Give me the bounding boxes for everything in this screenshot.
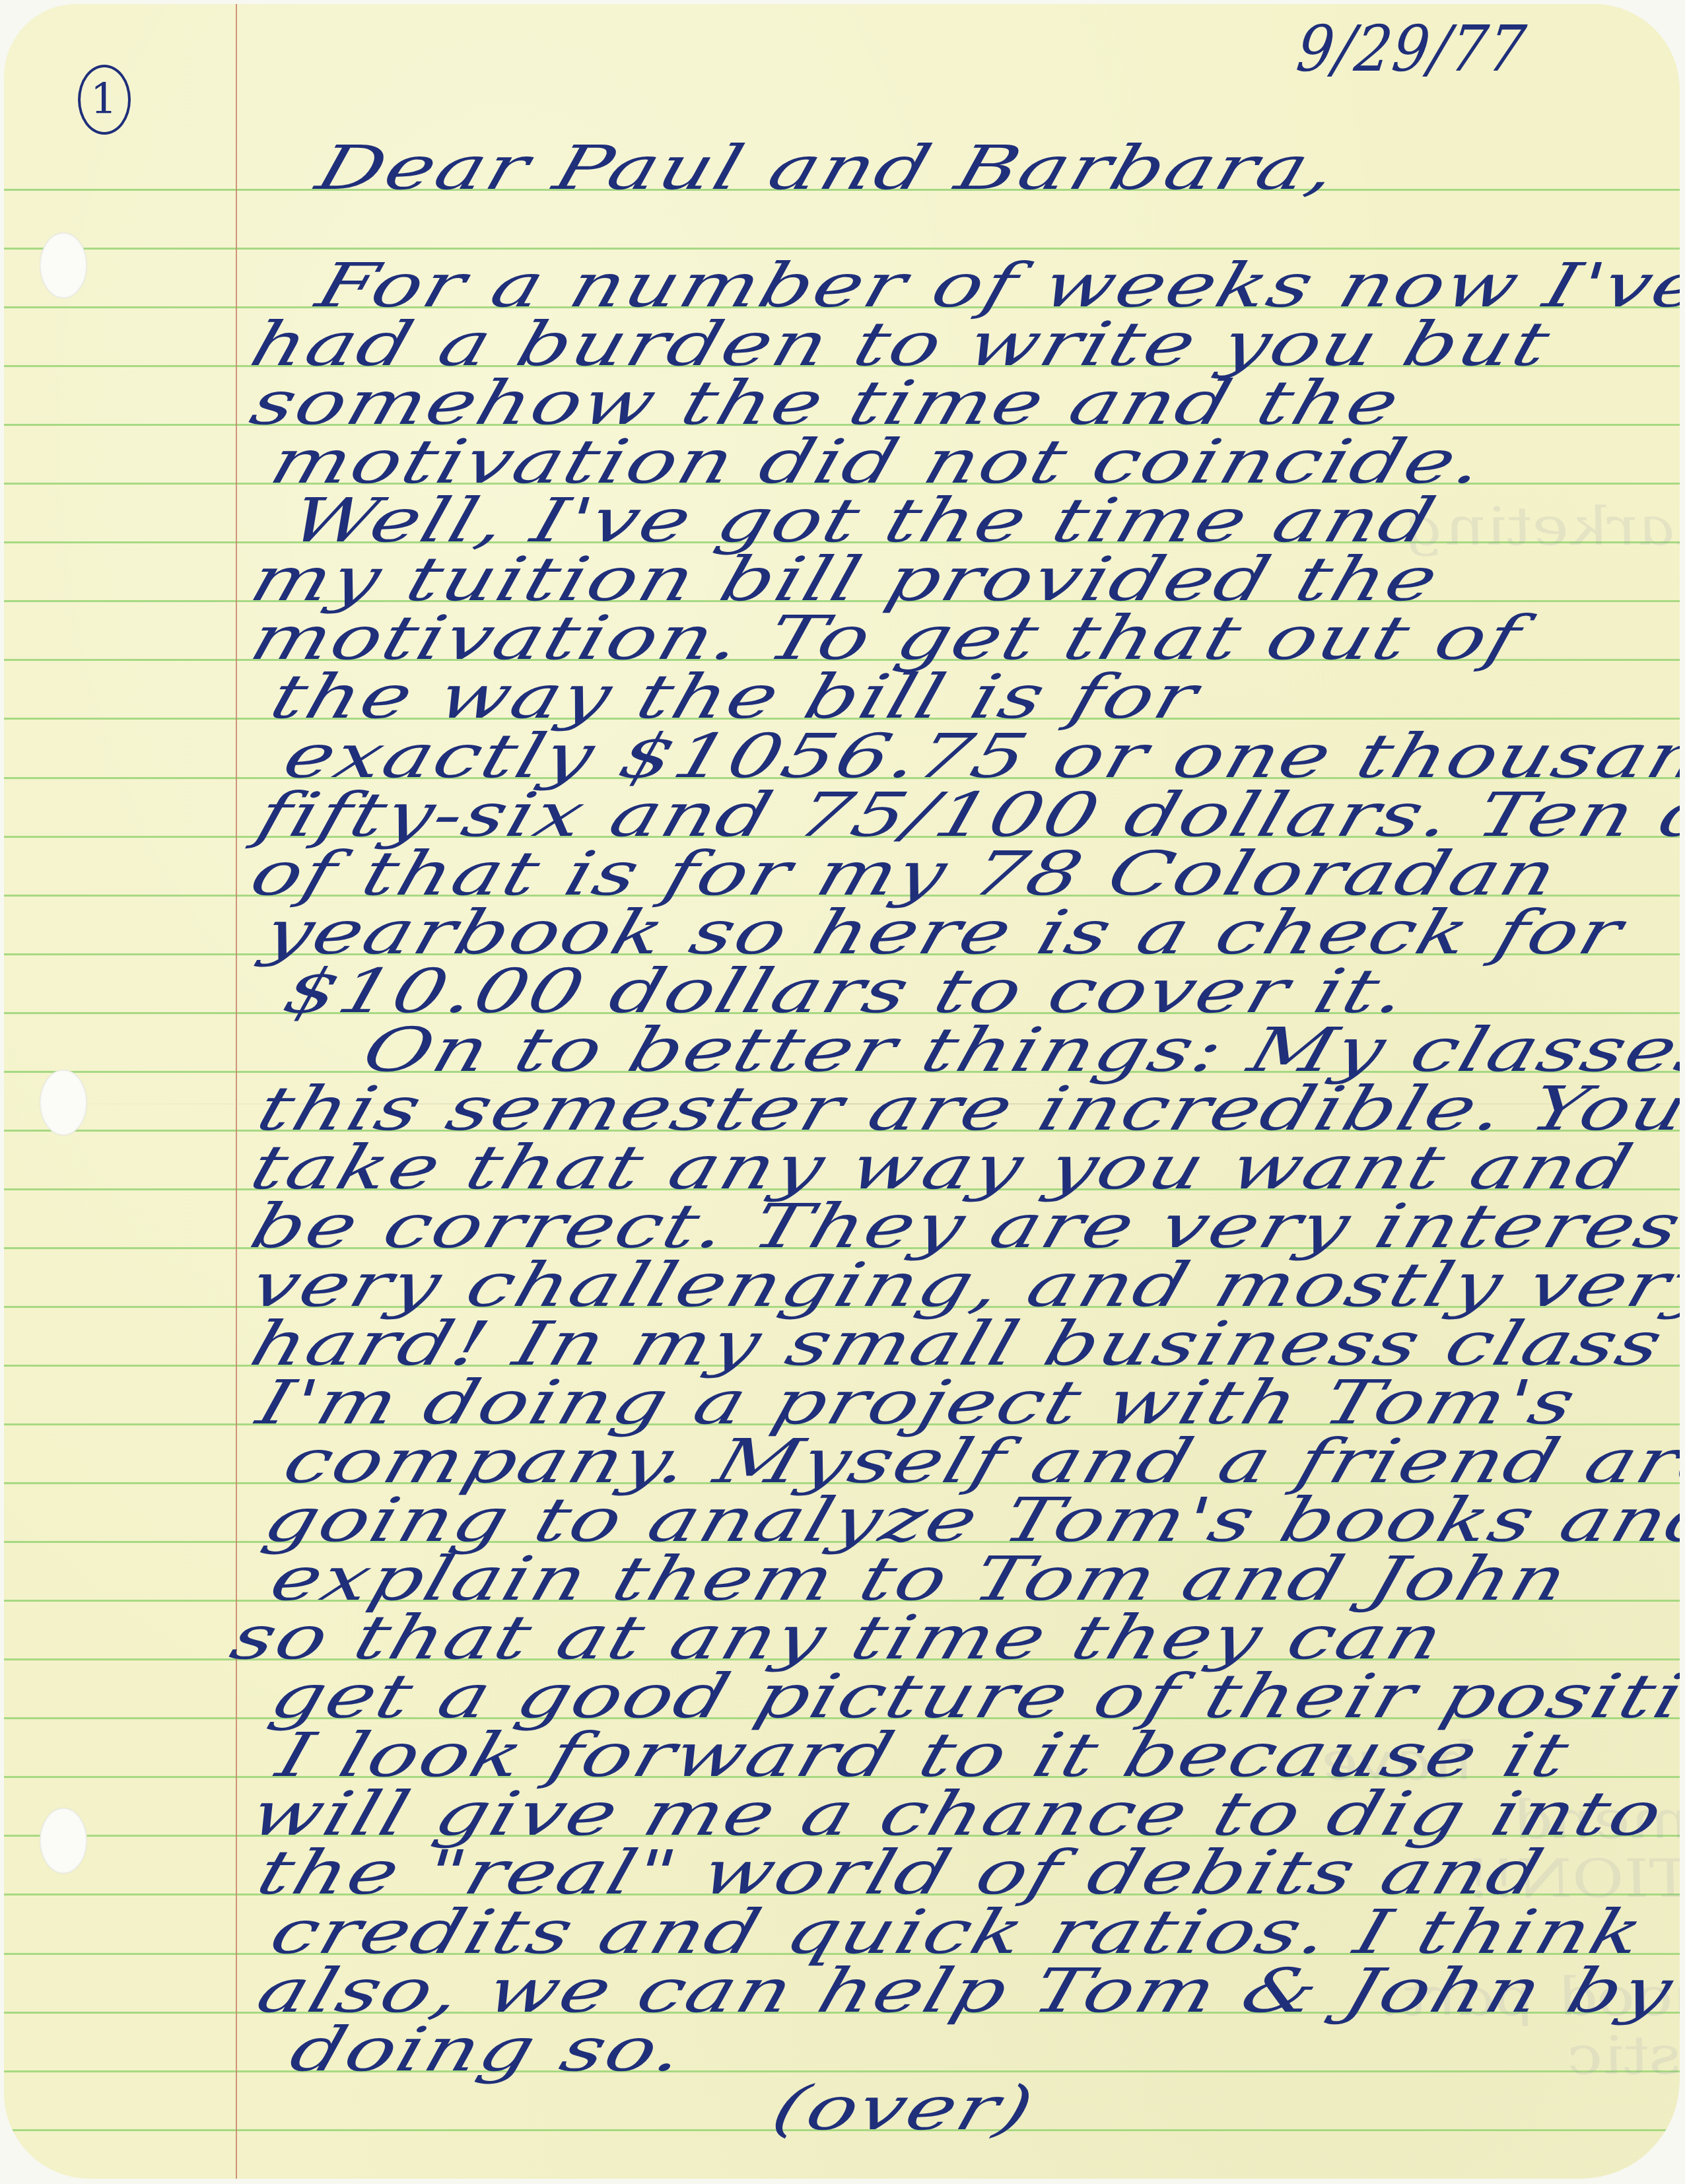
- handwritten-line: (over): [766, 2078, 1041, 2139]
- rule-line: [4, 2070, 1680, 2072]
- bleed-through-text: It was absolutely fantastic: [1562, 2025, 1680, 2086]
- handwritten-line: will give me a chance to dig into: [244, 1784, 1670, 1845]
- handwritten-line: explain them to Tom and John: [264, 1549, 1575, 1610]
- handwritten-line: this semester are incredible. You can: [251, 1079, 1680, 1140]
- handwritten-line: motivation. To get that out of: [244, 608, 1529, 669]
- handwritten-line: company. Myself and a friend are: [277, 1431, 1680, 1492]
- handwritten-line: the "real" world of debits and: [251, 1843, 1551, 1903]
- handwritten-line: so that at any time they can: [224, 1608, 1451, 1668]
- handwritten-line: had a burden to write you but: [244, 314, 1558, 375]
- handwritten-line: also, we can help Tom & John by: [251, 1961, 1680, 2022]
- handwritten-line: the way the bill is for: [264, 667, 1205, 728]
- handwritten-line: going to analyze Tom's books and: [258, 1490, 1680, 1551]
- handwritten-line: yearbook so here is a check for: [258, 903, 1630, 963]
- handwritten-line: be correct. They are very interesting,: [244, 1196, 1680, 1257]
- notebook-page: All of my other classes exceptmarketingh…: [4, 4, 1680, 2179]
- handwritten-line: doing so.: [284, 2020, 693, 2080]
- page-number-circled: 1: [78, 65, 131, 135]
- handwritten-line: On to better things: My classes: [357, 1020, 1680, 1081]
- letter-date: 9/29/77: [1293, 17, 1530, 81]
- red-margin-line: [236, 4, 237, 2179]
- rule-line: [4, 248, 1680, 250]
- binder-hole-top: [40, 232, 87, 298]
- binder-hole-bottom: [40, 1808, 87, 1874]
- binder-hole-middle: [40, 1070, 87, 1136]
- handwritten-line: I'm doing a project with Tom's: [251, 1373, 1583, 1433]
- handwritten-line: I look forward to it because it: [271, 1725, 1577, 1786]
- handwritten-line: Dear Paul and Barbara,: [310, 138, 1345, 199]
- handwritten-line: credits and quick ratios. I think: [264, 1902, 1651, 1963]
- handwritten-line: get a good picture of their position.: [264, 1666, 1680, 1727]
- handwritten-line: fifty-six and 75/100 dollars. Ten dollar…: [251, 785, 1680, 846]
- handwritten-line: $10.00 dollars to cover it.: [277, 961, 1416, 1022]
- handwritten-line: somehow the time and the: [244, 373, 1407, 434]
- handwritten-line: exactly $1056.75 or one thousand: [277, 726, 1680, 787]
- handwritten-line: For a number of weeks now I've: [310, 256, 1680, 316]
- handwritten-line: my tuition bill provided the: [244, 549, 1446, 610]
- handwritten-line: very challenging, and mostly very: [244, 1255, 1680, 1316]
- handwritten-line: take that any way you want and: [244, 1138, 1640, 1198]
- handwritten-line: Well, I've got the time and: [284, 491, 1443, 551]
- handwritten-line: motivation did not coincide.: [264, 432, 1492, 493]
- handwritten-line: of that is for my 78 Coloradan: [244, 844, 1565, 904]
- handwritten-line: hard! In my small business class: [244, 1314, 1670, 1375]
